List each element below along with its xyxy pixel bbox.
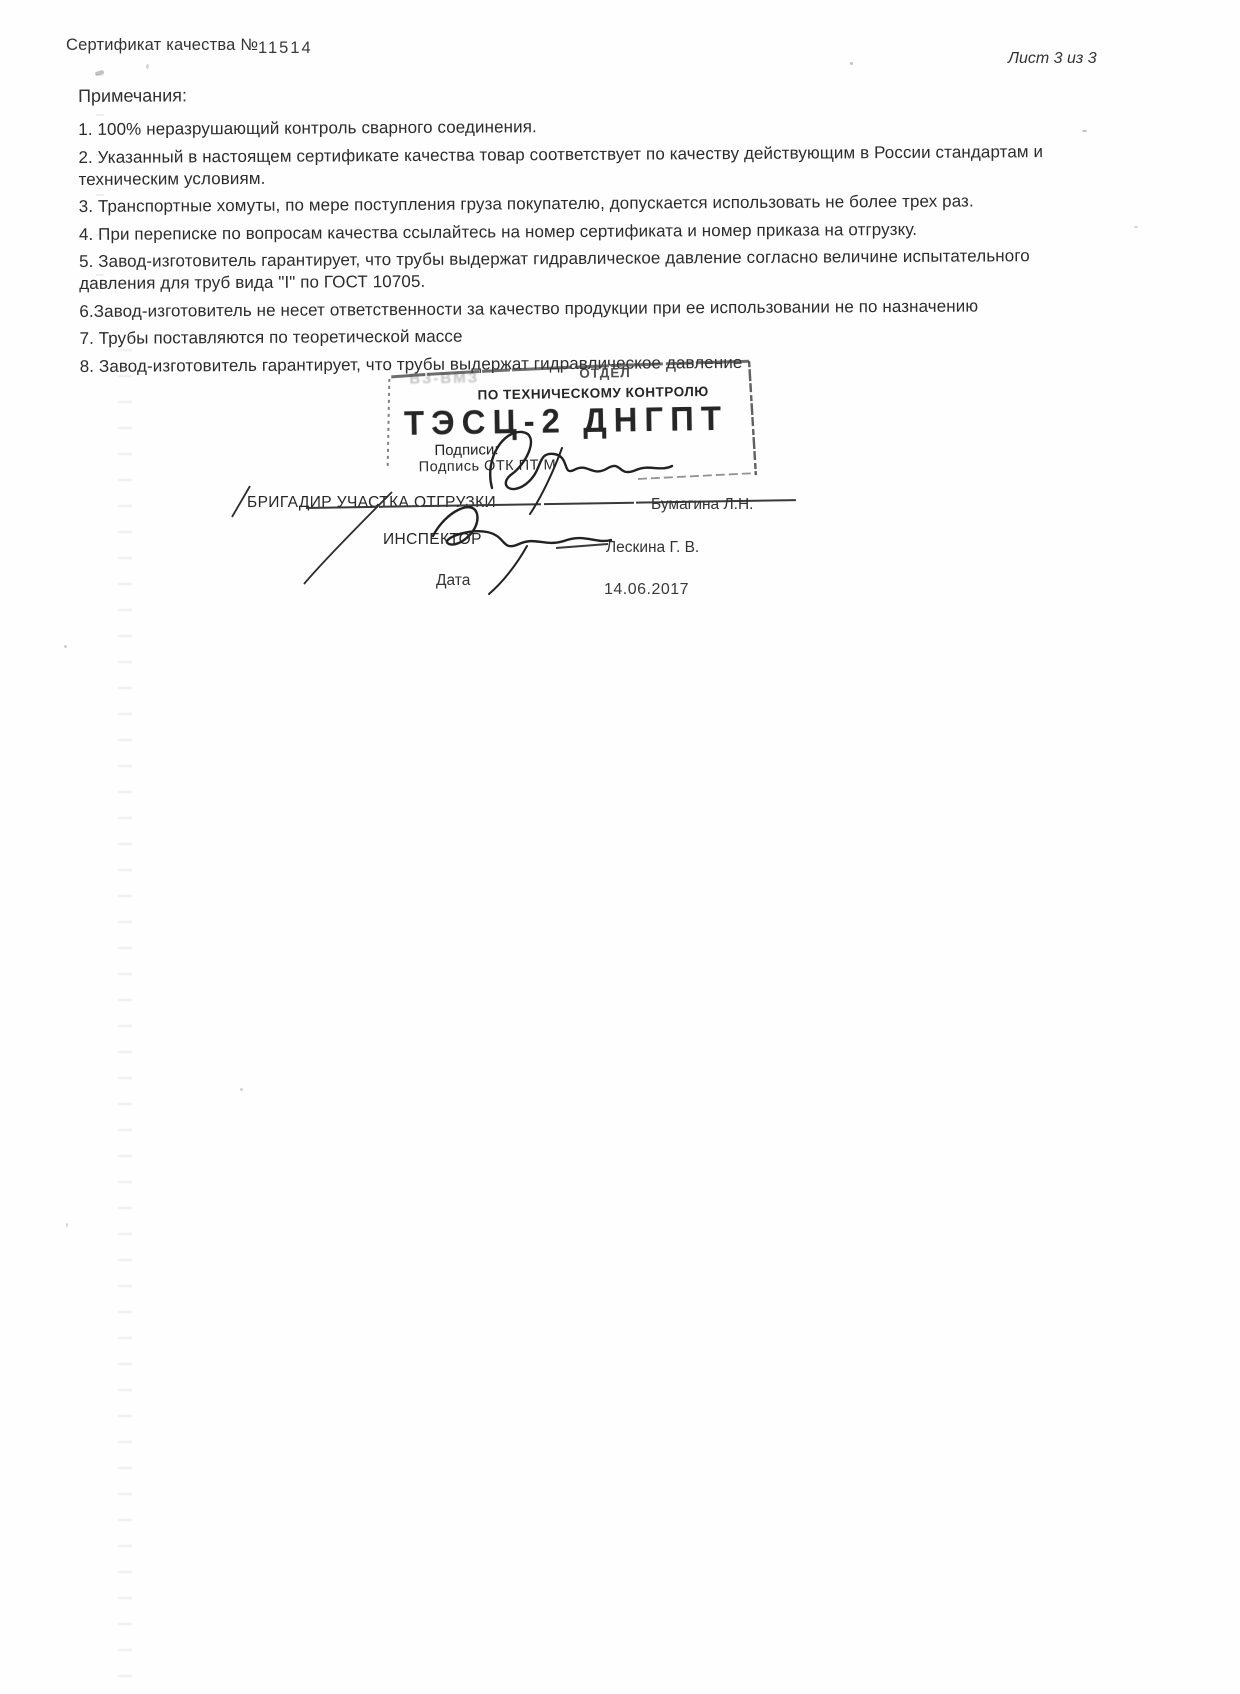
- notes-title: Примечания:: [78, 79, 1168, 107]
- note-item-7: 7. Трубы поставляются по теоретической м…: [79, 321, 1169, 350]
- certificate-title: Сертификат качества №: [66, 36, 258, 55]
- notes-section: Примечания: 1. 100% неразрушающий контро…: [78, 79, 1170, 383]
- inspector-name: Лескина Г. В.: [606, 539, 699, 557]
- scan-streak-artifact-top: [96, 60, 104, 320]
- note-item-6: 6.Завод-изготовитель не несет ответствен…: [79, 294, 1169, 323]
- inspector-slash-mark: [296, 488, 396, 588]
- scanned-certificate-page: { "document": { "header": { "cert_label"…: [0, 0, 1240, 1694]
- note-item-2: 2. Указанный в настоящем сертификате кач…: [78, 140, 1168, 191]
- scan-streak-artifact: [118, 340, 132, 1694]
- scan-speck: [146, 64, 149, 69]
- scan-speck: [1134, 226, 1138, 228]
- scan-speck: [64, 645, 67, 648]
- certificate-number: 11514: [258, 39, 313, 58]
- note-item-3: 3. Транспортные хомуты, по мере поступле…: [79, 189, 1169, 218]
- scan-speck: [850, 62, 853, 65]
- scan-speck: [1082, 130, 1087, 132]
- date-label: Дата: [436, 572, 470, 590]
- sheet-indicator: Лист 3 из 3: [1008, 50, 1097, 68]
- inspector-rule-line: [556, 542, 608, 550]
- date-value: 14.06.2017: [604, 581, 689, 599]
- note-item-5: 5. Завод-изготовитель гарантирует, что т…: [79, 244, 1169, 295]
- stamp-department-line1: отдел: [579, 365, 631, 381]
- stamp-faint-mark: ВЗ-ВМЗ: [409, 369, 479, 387]
- note-item-4: 4. При переписке по вопросам качества сс…: [79, 217, 1169, 246]
- note-item-1: 1. 100% неразрушающий контроль сварного …: [78, 112, 1168, 141]
- scan-speck: [240, 1088, 243, 1091]
- scan-speck: [66, 1223, 68, 1227]
